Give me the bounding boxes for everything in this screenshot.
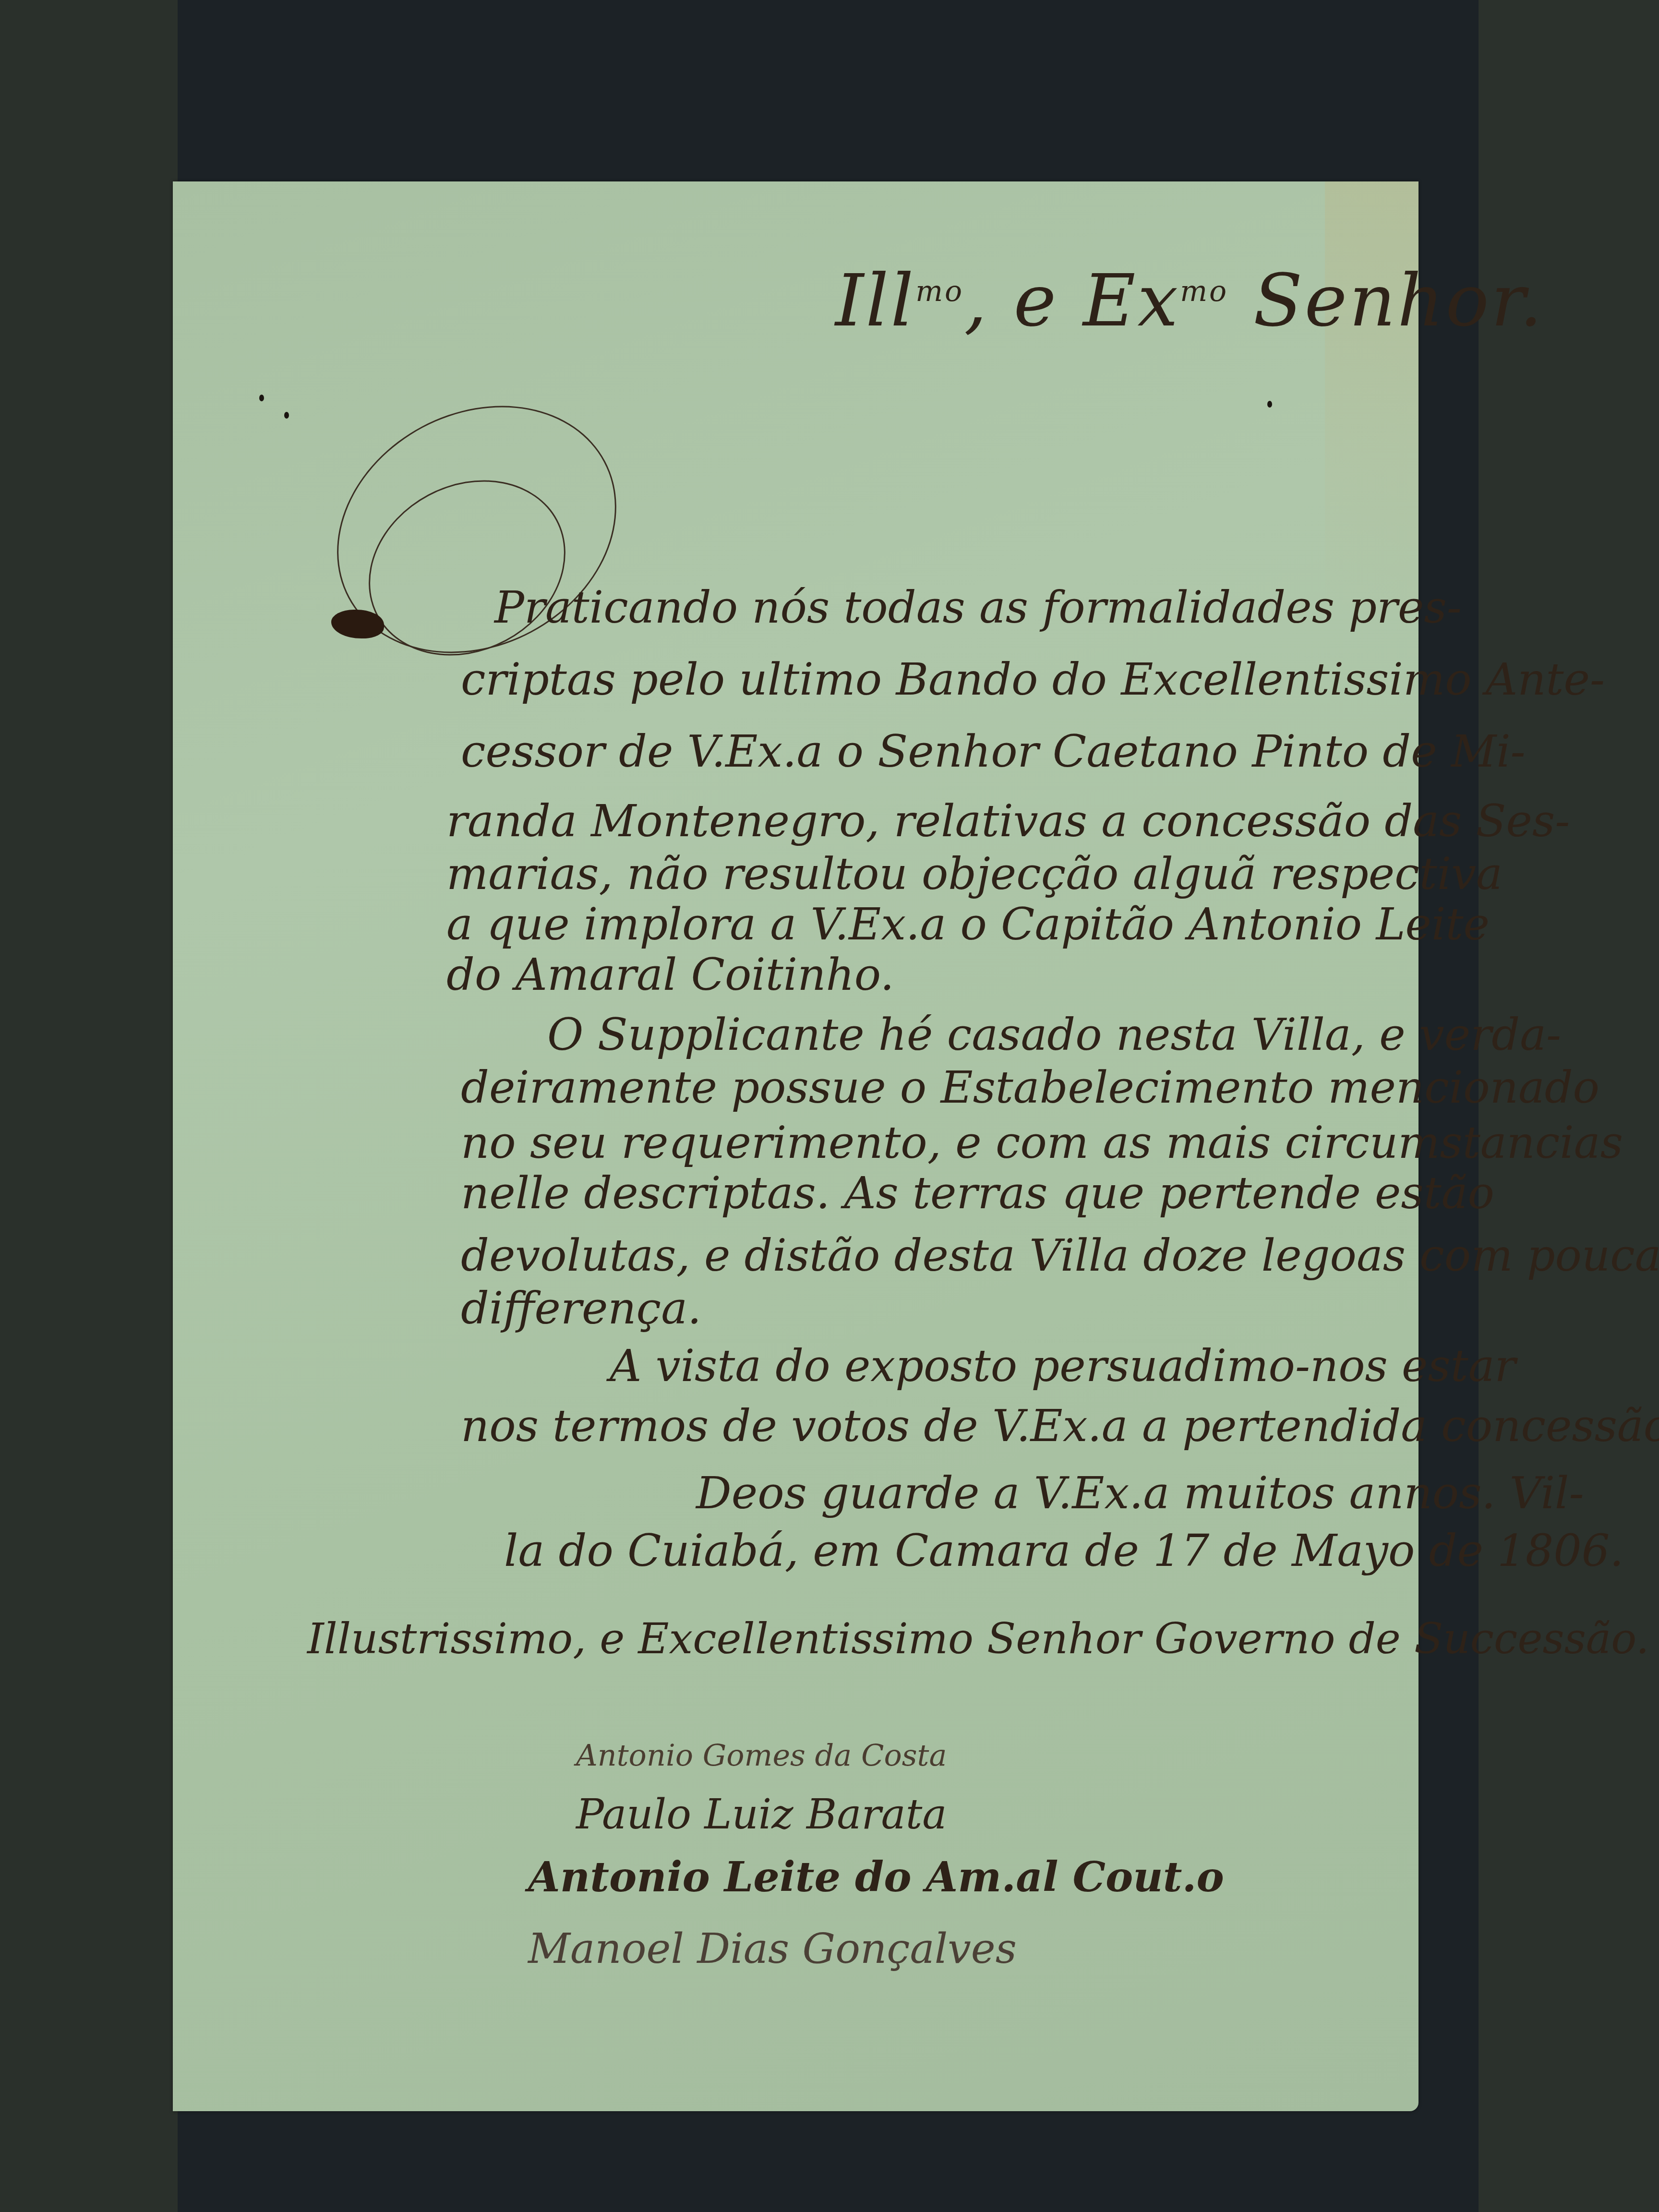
paragraph-1-line-6: a que implora a V.Ex.a o Capitão Antonio… (446, 902, 1490, 947)
paragraph-3-line-1: A vista do exposto persuadimo-nos estar (610, 1344, 1516, 1388)
mat-left (0, 0, 178, 2212)
ink-dot (284, 412, 289, 419)
paragraph-2-line-5: devolutas, e distão desta Villa doze leg… (461, 1234, 1659, 1278)
paragraph-2-line-6: differença. (461, 1286, 701, 1331)
paragraph-1-line-5: marias, não resultou objecção alguã resp… (446, 852, 1503, 896)
paragraph-1-line-7: do Amaral Coitinho. (446, 953, 894, 997)
paragraph-2-line-1: O Supplicante hé casado nesta Villa, e v… (547, 1013, 1561, 1057)
salutation: Illmo, e Exmo Senhor. (835, 259, 1544, 343)
ink-dot (259, 395, 264, 401)
signature-2: Paulo Luiz Barata (576, 1791, 947, 1839)
paragraph-1-line-4: randa Montenegro, relativas a concessão … (446, 799, 1570, 843)
signature-4: Manoel Dias Gonçalves (528, 1925, 1017, 1973)
signature-3: Antonio Leite do Am.al Cout.o (528, 1853, 1224, 1901)
paragraph-1-line-3: cessor de V.Ex.a o Senhor Caetano Pinto … (461, 730, 1526, 774)
addressee-line: Illustrissimo, e Excellentissimo Senhor … (307, 1618, 1649, 1660)
paragraph-1-line-1: Praticando nós todas as formalidades pre… (494, 586, 1462, 630)
closing-line-1: Deos guarde a V.Ex.a muitos annos. Vil- (696, 1471, 1584, 1515)
paragraph-2-line-2: deiramente possue o Estabelecimento menc… (461, 1066, 1599, 1110)
paragraph-3-line-2: nos termos de votos de V.Ex.a a pertendi… (461, 1404, 1659, 1448)
closing-line-2-date: la do Cuiabá, em Camara de 17 de Mayo de… (504, 1529, 1624, 1573)
paragraph-1-line-2: criptas pelo ultimo Bando do Excellentis… (461, 658, 1605, 702)
signature-1: Antonio Gomes da Costa (576, 1738, 947, 1773)
ink-dot (1267, 401, 1272, 408)
paragraph-2-line-4: nelle descriptas. As terras que pertende… (461, 1171, 1494, 1215)
paragraph-2-line-3: no seu requerimento, e com as mais circu… (461, 1121, 1623, 1165)
